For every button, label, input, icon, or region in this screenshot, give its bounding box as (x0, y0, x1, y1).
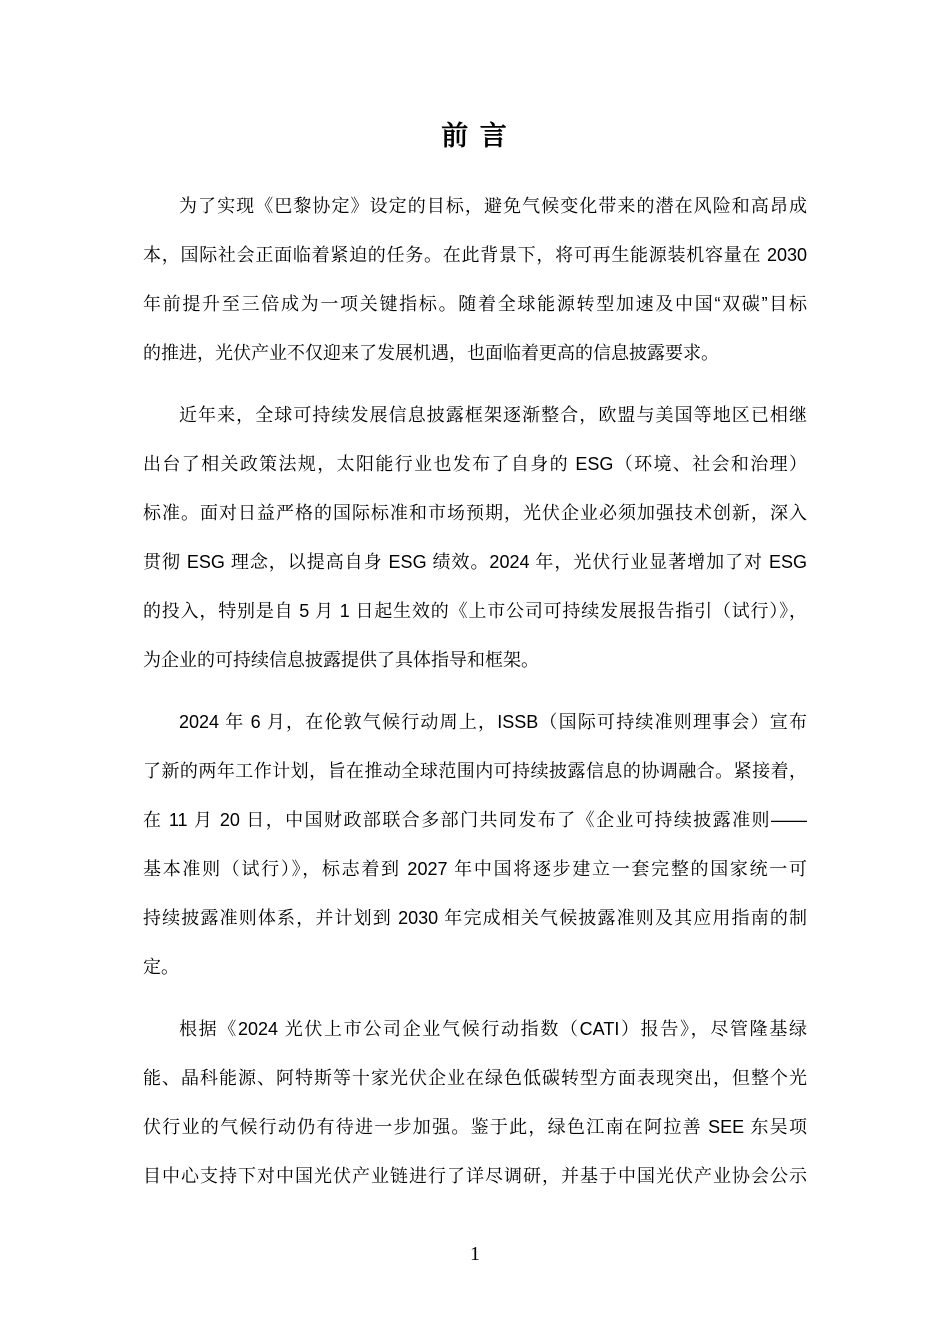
text-line: 年前提升至三倍成为一项关键指标。随着全球能源转型加速及中国“双碳”目标 (143, 280, 807, 329)
text-line: 本，国际社会正面临着紧迫的任务。在此背景下，将可再生能源装机容量在 2030 (143, 231, 807, 280)
page-number: 1 (0, 1242, 950, 1266)
text-line: 在 11 月 20 日，中国财政部联合多部门共同发布了《企业可持续披露准则—— (143, 796, 807, 845)
text-line: 伏行业的气候行动仍有待进一步加强。鉴于此，绿色江南在阿拉善 SEE 东吴项 (143, 1103, 807, 1152)
text-line: 标准。面对日益严格的国际标准和市场预期，光伏企业必须加强技术创新，深入 (143, 489, 807, 538)
text-line: 基本准则（试行）》，标志着到 2027 年中国将逐步建立一套完整的国家统一可 (143, 845, 807, 894)
text-line: 的推进，光伏产业不仅迎来了发展机遇，也面临着更高的信息披露要求。 (143, 329, 807, 378)
text-line: 出台了相关政策法规，太阳能行业也发布了自身的 ESG（环境、社会和治理） (143, 440, 807, 489)
paragraph-1: 为了实现《巴黎协定》设定的目标，避免气候变化带来的潜在风险和高昂成 本，国际社会… (143, 182, 807, 378)
text-line: 定。 (143, 943, 807, 992)
text-line: 持续披露准则体系，并计划到 2030 年完成相关气候披露准则及其应用指南的制 (143, 894, 807, 943)
text-line: 能、晶科能源、阿特斯等十家光伏企业在绿色低碳转型方面表现突出，但整个光 (143, 1054, 807, 1103)
page-title: 前 言 (0, 118, 950, 154)
text-line: 为了实现《巴黎协定》设定的目标，避免气候变化带来的潜在风险和高昂成 (143, 182, 807, 231)
text-line: 贯彻 ESG 理念，以提高自身 ESG 绩效。2024 年，光伏行业显著增加了对… (143, 538, 807, 587)
paragraph-4: 根据《2024 光伏上市公司企业气候行动指数（CATI）报告》，尽管隆基绿 能、… (143, 1005, 807, 1201)
text-line: 根据《2024 光伏上市公司企业气候行动指数（CATI）报告》，尽管隆基绿 (143, 1005, 807, 1054)
text-line: 的投入，特别是自 5 月 1 日起生效的《上市公司可持续发展报告指引（试行）》， (143, 587, 807, 636)
text-line: 2024 年 6 月，在伦敦气候行动周上，ISSB（国际可持续准则理事会）宣布 (143, 698, 807, 747)
document-page: 前 言 为了实现《巴黎协定》设定的目标，避免气候变化带来的潜在风险和高昂成 本，… (0, 0, 950, 1344)
text-line: 为企业的可持续信息披露提供了具体指导和框架。 (143, 636, 807, 685)
paragraph-3: 2024 年 6 月，在伦敦气候行动周上，ISSB（国际可持续准则理事会）宣布 … (143, 698, 807, 992)
document-body: 为了实现《巴黎协定》设定的目标，避免气候变化带来的潜在风险和高昂成 本，国际社会… (143, 182, 807, 1201)
text-line: 目中心支持下对中国光伏产业链进行了详尽调研，并基于中国光伏产业协会公示 (143, 1152, 807, 1201)
paragraph-2: 近年来，全球可持续发展信息披露框架逐渐整合，欧盟与美国等地区已相继 出台了相关政… (143, 391, 807, 685)
text-line: 了新的两年工作计划，旨在推动全球范围内可持续披露信息的协调融合。紧接着， (143, 747, 807, 796)
text-line: 近年来，全球可持续发展信息披露框架逐渐整合，欧盟与美国等地区已相继 (143, 391, 807, 440)
